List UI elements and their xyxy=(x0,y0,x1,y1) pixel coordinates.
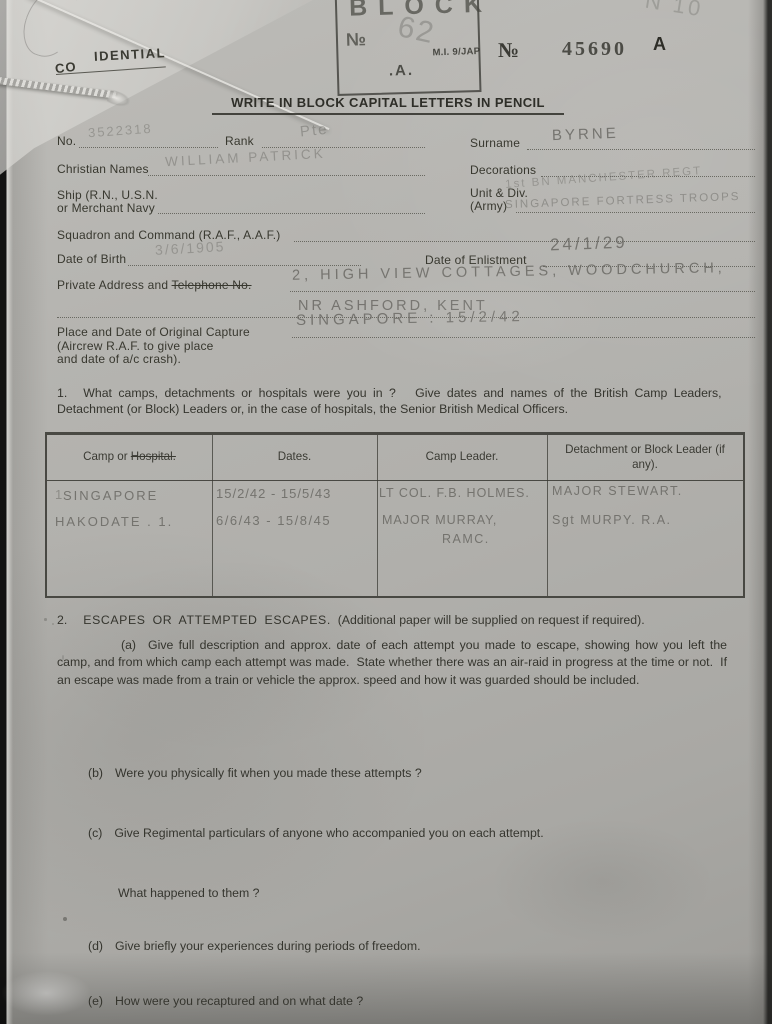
table-row1-detachment: MAJOR STEWART. xyxy=(552,484,683,498)
table-row1-mark: 1 xyxy=(55,487,63,502)
field-value-capture: SINGAPORE : 15/2/42 xyxy=(296,308,524,329)
ink-speck-4 xyxy=(62,655,64,660)
field-value-dob: 3/6/1905 xyxy=(155,238,226,258)
field-value-christian-names: WILLIAM PATRICK xyxy=(165,146,326,169)
field-label-address: Private Address and Telephone No. xyxy=(57,278,252,292)
table-header-leader: Camp Leader. xyxy=(377,435,547,481)
table-row2-leader: MAJOR MURRAY, xyxy=(382,513,497,527)
question-1: 1.What camps, detachments or hospitals w… xyxy=(57,385,725,417)
field-line-surname xyxy=(527,149,755,150)
field-label-unit-2: (Army) xyxy=(470,199,507,213)
item-c2-text: What happened to them ? xyxy=(118,886,260,900)
table-header-detachment: Detachment or Block Leader (if any). xyxy=(547,435,743,481)
serial-no-sign: № xyxy=(498,38,520,63)
item-c-text: Give Regimental particulars of anyone wh… xyxy=(114,826,543,840)
item-d-text: Give briefly your experiences during per… xyxy=(115,939,421,953)
field-line-address-1 xyxy=(290,291,755,292)
section-2-item-c: (c)Give Regimental particulars of anyone… xyxy=(88,825,728,841)
table-row2-dates: 6/6/43 - 15/8/45 xyxy=(216,513,331,528)
section-2-title-line: 2.ESCAPES OR ATTEMPTED ESCAPES. (Additio… xyxy=(57,612,737,628)
table-row2-detachment: Sgt MURPY. R.A. xyxy=(552,513,672,527)
ink-speck-3 xyxy=(52,623,54,625)
field-label-ship-1: Ship (R.N., U.S.N. xyxy=(57,188,158,202)
field-value-enlistment: 24/1/29 xyxy=(550,233,628,256)
field-label-dob: Date of Birth xyxy=(57,252,126,266)
table-row2-camp: HAKODATE . 1. xyxy=(55,514,173,529)
table-row1-camp: SINGAPORE xyxy=(63,488,158,503)
field-value-address-1: 2, HIGH VIEW COTTAGES, WOODCHURCH, xyxy=(292,260,726,284)
field-label-capture-2: (Aircrew R.A.F. to give place xyxy=(57,339,214,353)
question-1-text: What camps, detachments or hospitals wer… xyxy=(57,386,725,416)
field-label-capture-1: Place and Date of Original Capture xyxy=(57,325,250,339)
field-value-rank: Pte xyxy=(299,121,329,141)
field-line-ship xyxy=(158,213,425,214)
field-value-unit-2: SINGAPORE FORTRESS TROOPS xyxy=(505,191,741,211)
ink-speck-2 xyxy=(44,618,47,621)
section-2-item-b: (b)Were you physically fit when you made… xyxy=(88,765,728,781)
stamp-no-sign: № xyxy=(346,29,367,51)
address-label-struck-text: Telephone No. xyxy=(172,278,252,292)
serial-suffix: A xyxy=(653,34,666,55)
section-2-item-c2: What happened to them ? xyxy=(118,885,618,901)
item-b-text: Were you physically fit when you made th… xyxy=(115,766,422,780)
field-label-squadron: Squadron and Command (R.A.F., A.A.F.) xyxy=(57,228,281,242)
item-d-tag: (d) xyxy=(88,938,103,954)
block-number-stamp: BLOCK № 62 M.I. 9/JAP .A. xyxy=(334,0,481,96)
section-2-item-a: (a)Give full description and approx. dat… xyxy=(57,637,727,689)
page-title: WRITE IN BLOCK CAPITAL LETTERS IN PENCIL xyxy=(212,95,564,115)
stamp-mi9-label: M.I. 9/JAP xyxy=(432,46,480,58)
field-line-unit xyxy=(516,212,755,213)
section-2-item-e: (e)How were you recaptured and on what d… xyxy=(88,993,728,1009)
field-label-no: No. xyxy=(57,134,76,148)
table-row1-leader: LT COL. F.B. HOLMES. xyxy=(379,486,530,500)
field-label-rank: Rank xyxy=(225,134,254,148)
field-line-capture xyxy=(292,337,755,338)
section-2-number: 2. xyxy=(57,612,67,628)
field-value-no: 3522318 xyxy=(88,121,154,140)
camp-table: Camp or Hospital. Dates. Camp Leader. De… xyxy=(45,432,745,598)
item-e-text: How were you recaptured and on what date… xyxy=(115,994,363,1008)
field-line-christian-names xyxy=(148,175,425,176)
table-header-dates: Dates. xyxy=(212,435,377,481)
field-label-decorations: Decorations xyxy=(470,163,536,177)
stamp-handwritten-number: 62 xyxy=(395,10,439,51)
item-c-tag: (c) xyxy=(88,825,102,841)
field-label-surname: Surname xyxy=(470,136,520,150)
item-b-tag: (b) xyxy=(88,765,103,781)
field-label-christian-names: Christian Names xyxy=(57,162,149,176)
header-hospital-struck: Hospital. xyxy=(131,450,176,463)
ink-speck-1 xyxy=(63,917,67,921)
section-2-title: ESCAPES OR ATTEMPTED ESCAPES. xyxy=(83,613,331,627)
table-row1-dates: 15/2/42 - 15/5/43 xyxy=(216,486,331,501)
field-label-ship-2: or Merchant Navy xyxy=(57,201,155,215)
corner-pencil-note: N 10 xyxy=(643,0,705,22)
question-1-number: 1. xyxy=(57,385,67,401)
field-line-no xyxy=(79,147,218,148)
table-row2-leader-line2: RAMC. xyxy=(442,532,490,546)
item-a-text: Give full description and approx. date o… xyxy=(57,638,727,687)
field-value-surname: BYRNE xyxy=(552,125,619,144)
serial-number: 45690 xyxy=(562,38,627,61)
item-e-tag: (e) xyxy=(88,993,103,1009)
field-label-capture-3: and date of a/c crash). xyxy=(57,352,181,366)
pow-questionnaire-scan: CO IDENTIAL BLOCK № 62 M.I. 9/JAP .A. № … xyxy=(0,0,772,1024)
stamp-a-mark: .A. xyxy=(389,62,415,80)
section-2-item-d: (d)Give briefly your experiences during … xyxy=(88,938,728,954)
item-a-tag: (a) xyxy=(89,637,136,654)
address-label-text: Private Address and xyxy=(57,278,168,292)
section-2-note: (Additional paper will be supplied on re… xyxy=(338,613,645,627)
table-header-camp: Camp or Hospital. xyxy=(47,435,212,481)
field-line-dob xyxy=(128,265,361,266)
header-camp-text: Camp or xyxy=(83,450,131,463)
field-line-squadron xyxy=(294,241,755,242)
